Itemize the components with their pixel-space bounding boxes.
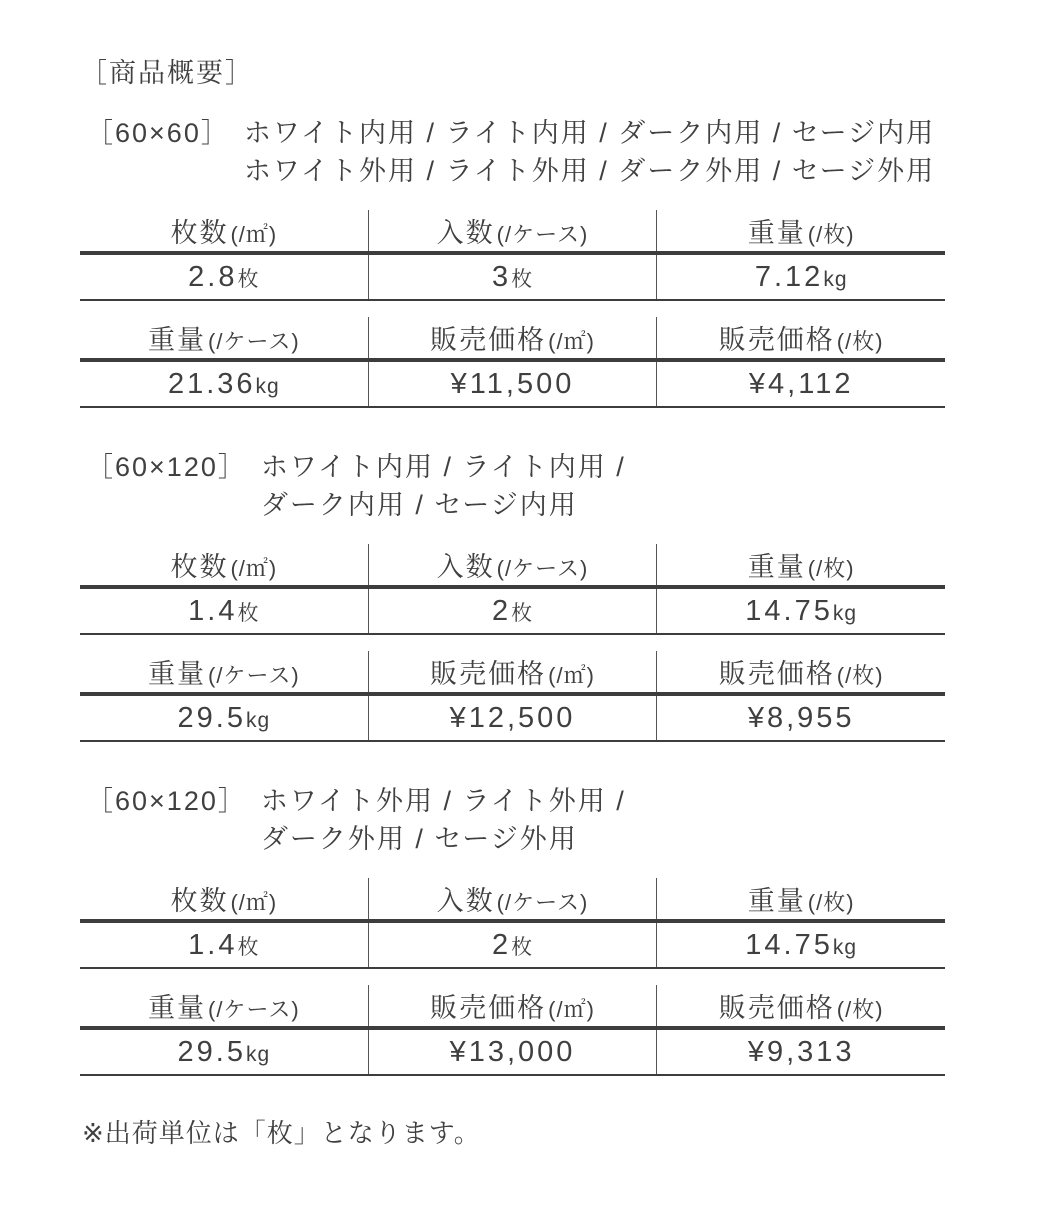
header-label: 重量 xyxy=(148,659,206,689)
value-unit: kg xyxy=(246,1043,270,1066)
header-label: 販売価格 xyxy=(430,659,546,689)
header-label: 入数 xyxy=(437,552,495,582)
value-cell: ¥8,955 xyxy=(656,696,945,740)
header-cell: 枚数(/㎡) xyxy=(80,878,368,919)
value-cell: 1.4枚 xyxy=(80,589,368,633)
value-number: ¥4,112 xyxy=(749,368,854,400)
header-cell: 販売価格(/枚) xyxy=(656,985,945,1026)
table-value-row: 1.4枚 2枚 14.75kg xyxy=(80,589,945,633)
value-number: 14.75 xyxy=(745,595,833,627)
section-heading-60x120-exterior: ［60×120］ ホワイト外用 / ライト外用 / ダーク外用 / セージ外用 xyxy=(86,782,1046,858)
color-line: ダーク内用 / セージ内用 xyxy=(261,486,626,524)
header-cell: 販売価格(/㎡) xyxy=(368,651,657,692)
value-unit: 枚 xyxy=(511,268,533,291)
header-cell: 枚数(/㎡) xyxy=(80,210,368,251)
header-cell: 重量(/ケース) xyxy=(80,651,368,692)
header-cell: 重量(/枚) xyxy=(656,544,945,585)
header-unit: (/㎡) xyxy=(546,663,595,688)
value-number: 3 xyxy=(492,261,511,293)
header-label: 枚数 xyxy=(170,886,228,916)
header-cell: 販売価格(/枚) xyxy=(656,317,945,358)
value-number: 29.5 xyxy=(178,702,246,734)
header-cell: 重量(/枚) xyxy=(656,878,945,919)
value-cell: ¥4,112 xyxy=(656,362,945,406)
color-line: ホワイト内用 / ライト内用 / ダーク内用 / セージ内用 xyxy=(244,114,935,152)
header-unit: (/枚) xyxy=(806,556,855,581)
header-unit: (/㎡) xyxy=(546,997,595,1022)
shipping-unit-footnote: ※出荷単位は「枚」となります。 xyxy=(82,1116,1046,1150)
color-list: ホワイト内用 / ライト内用 / ダーク内用 / セージ内用 xyxy=(261,448,626,524)
value-cell: ¥9,313 xyxy=(656,1030,945,1074)
header-label: 重量 xyxy=(148,325,206,355)
header-unit: (/ケース) xyxy=(206,663,300,688)
value-number: 1.4 xyxy=(188,595,237,627)
size-label: ［60×120］ xyxy=(86,782,261,858)
color-list: ホワイト外用 / ライト外用 / ダーク外用 / セージ外用 xyxy=(261,782,626,858)
value-number: 21.36 xyxy=(168,368,256,400)
value-unit: kg xyxy=(246,709,270,732)
header-unit: (/枚) xyxy=(806,222,855,247)
color-line: ホワイト外用 / ライト外用 / xyxy=(261,782,626,820)
header-unit: (/ケース) xyxy=(206,997,300,1022)
spec-table-60x120-interior-a: 枚数(/㎡) 入数(/ケース) 重量(/枚) 1.4枚 2枚 14.75kg xyxy=(80,544,945,635)
header-unit: (/㎡) xyxy=(546,329,595,354)
header-cell: 販売価格(/㎡) xyxy=(368,317,657,358)
header-unit: (/ケース) xyxy=(495,890,589,915)
value-number: 2 xyxy=(492,929,511,961)
header-unit: (/枚) xyxy=(835,329,884,354)
header-label: 枚数 xyxy=(170,218,228,248)
table-header-row: 重量(/ケース) 販売価格(/㎡) 販売価格(/枚) xyxy=(80,985,945,1030)
table-header-row: 重量(/ケース) 販売価格(/㎡) 販売価格(/枚) xyxy=(80,651,945,696)
header-unit: (/ケース) xyxy=(206,329,300,354)
size-label: ［60×120］ xyxy=(86,448,261,524)
value-number: ¥12,500 xyxy=(450,702,576,734)
value-cell: 1.4枚 xyxy=(80,923,368,967)
value-number: ¥8,955 xyxy=(748,702,855,734)
table-value-row: 21.36kg ¥11,500 ¥4,112 xyxy=(80,362,945,406)
value-cell: 7.12kg xyxy=(656,255,945,299)
value-cell: 2枚 xyxy=(368,923,657,967)
color-list: ホワイト内用 / ライト内用 / ダーク内用 / セージ内用 ホワイト外用 / … xyxy=(244,114,935,190)
value-cell: 21.36kg xyxy=(80,362,368,406)
header-unit: (/ケース) xyxy=(495,556,589,581)
value-unit: kg xyxy=(256,375,280,398)
header-unit: (/枚) xyxy=(806,890,855,915)
value-number: 1.4 xyxy=(188,929,237,961)
header-unit: (/ケース) xyxy=(495,222,589,247)
header-label: 重量 xyxy=(748,886,806,916)
value-cell: 2枚 xyxy=(368,589,657,633)
spec-table-60x120-exterior-a: 枚数(/㎡) 入数(/ケース) 重量(/枚) 1.4枚 2枚 14.75kg xyxy=(80,878,945,969)
header-unit: (/㎡) xyxy=(228,222,277,247)
table-header-row: 枚数(/㎡) 入数(/ケース) 重量(/枚) xyxy=(80,544,945,589)
value-cell: 29.5kg xyxy=(80,696,368,740)
value-number: 2 xyxy=(492,595,511,627)
product-overview-page: ［商品概要］ ［60×60］ ホワイト内用 / ライト内用 / ダーク内用 / … xyxy=(0,0,1046,1150)
header-label: 入数 xyxy=(437,218,495,248)
value-cell: 29.5kg xyxy=(80,1030,368,1074)
section-heading-60x120-interior: ［60×120］ ホワイト内用 / ライト内用 / ダーク内用 / セージ内用 xyxy=(86,448,1046,524)
header-label: 重量 xyxy=(148,993,206,1023)
header-label: 販売価格 xyxy=(430,993,546,1023)
value-number: 29.5 xyxy=(178,1036,246,1068)
header-label: 枚数 xyxy=(170,552,228,582)
spec-table-60x120-exterior-b: 重量(/ケース) 販売価格(/㎡) 販売価格(/枚) 29.5kg ¥13,00… xyxy=(80,985,945,1076)
header-label: 重量 xyxy=(748,552,806,582)
value-unit: kg xyxy=(833,602,857,625)
value-number: 7.12 xyxy=(755,261,823,293)
spec-table-60x60-b: 重量(/ケース) 販売価格(/㎡) 販売価格(/枚) 21.36kg ¥11,5… xyxy=(80,317,945,408)
color-line: ホワイト内用 / ライト内用 / xyxy=(261,448,626,486)
header-cell: 重量(/ケース) xyxy=(80,985,368,1026)
table-value-row: 29.5kg ¥13,000 ¥9,313 xyxy=(80,1030,945,1074)
value-cell: 3枚 xyxy=(368,255,657,299)
page-title: ［商品概要］ xyxy=(80,58,1046,88)
value-cell: 14.75kg xyxy=(656,589,945,633)
header-label: 販売価格 xyxy=(719,993,835,1023)
value-cell: ¥11,500 xyxy=(368,362,657,406)
section-heading-60x60: ［60×60］ ホワイト内用 / ライト内用 / ダーク内用 / セージ内用 ホ… xyxy=(86,114,1046,190)
value-number: ¥11,500 xyxy=(451,368,575,400)
header-cell: 販売価格(/㎡) xyxy=(368,985,657,1026)
value-cell: ¥12,500 xyxy=(368,696,657,740)
header-unit: (/枚) xyxy=(835,663,884,688)
header-cell: 枚数(/㎡) xyxy=(80,544,368,585)
header-label: 販売価格 xyxy=(430,325,546,355)
size-label: ［60×60］ xyxy=(86,114,244,190)
table-header-row: 枚数(/㎡) 入数(/ケース) 重量(/枚) xyxy=(80,878,945,923)
header-label: 重量 xyxy=(748,218,806,248)
table-value-row: 29.5kg ¥12,500 ¥8,955 xyxy=(80,696,945,740)
value-unit: kg xyxy=(823,268,847,291)
header-cell: 重量(/ケース) xyxy=(80,317,368,358)
value-cell: 14.75kg xyxy=(656,923,945,967)
header-unit: (/枚) xyxy=(835,997,884,1022)
table-header-row: 枚数(/㎡) 入数(/ケース) 重量(/枚) xyxy=(80,210,945,255)
value-unit: 枚 xyxy=(511,936,533,959)
value-number: ¥9,313 xyxy=(748,1036,855,1068)
table-value-row: 2.8枚 3枚 7.12kg xyxy=(80,255,945,299)
header-cell: 重量(/枚) xyxy=(656,210,945,251)
table-header-row: 重量(/ケース) 販売価格(/㎡) 販売価格(/枚) xyxy=(80,317,945,362)
color-line: ダーク外用 / セージ外用 xyxy=(261,820,626,858)
header-unit: (/㎡) xyxy=(228,890,277,915)
value-number: ¥13,000 xyxy=(450,1036,576,1068)
value-unit: kg xyxy=(833,936,857,959)
header-cell: 入数(/ケース) xyxy=(368,878,657,919)
value-cell: ¥13,000 xyxy=(368,1030,657,1074)
value-unit: 枚 xyxy=(238,268,260,291)
value-number: 14.75 xyxy=(745,929,833,961)
value-unit: 枚 xyxy=(238,936,260,959)
spec-table-60x60-a: 枚数(/㎡) 入数(/ケース) 重量(/枚) 2.8枚 3枚 7.12kg xyxy=(80,210,945,301)
color-line: ホワイト外用 / ライト外用 / ダーク外用 / セージ外用 xyxy=(244,152,935,190)
header-label: 入数 xyxy=(437,886,495,916)
header-label: 販売価格 xyxy=(719,659,835,689)
header-cell: 入数(/ケース) xyxy=(368,544,657,585)
header-cell: 入数(/ケース) xyxy=(368,210,657,251)
header-unit: (/㎡) xyxy=(228,556,277,581)
table-value-row: 1.4枚 2枚 14.75kg xyxy=(80,923,945,967)
header-label: 販売価格 xyxy=(719,325,835,355)
value-number: 2.8 xyxy=(188,261,237,293)
spec-table-60x120-interior-b: 重量(/ケース) 販売価格(/㎡) 販売価格(/枚) 29.5kg ¥12,50… xyxy=(80,651,945,742)
header-cell: 販売価格(/枚) xyxy=(656,651,945,692)
value-cell: 2.8枚 xyxy=(80,255,368,299)
value-unit: 枚 xyxy=(511,602,533,625)
value-unit: 枚 xyxy=(238,602,260,625)
